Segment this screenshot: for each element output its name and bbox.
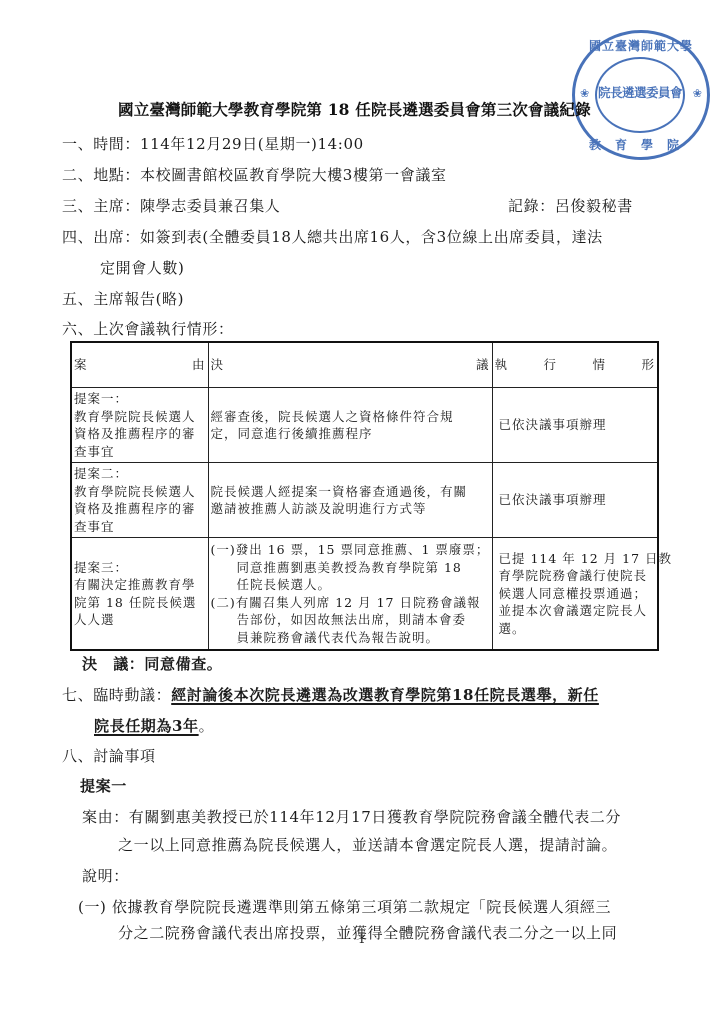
page-number: 1 bbox=[358, 932, 366, 946]
discussion-heading: 八、討論事項 bbox=[62, 745, 156, 766]
document-title: 國立臺灣師範大學教育學院第 18 任院長遴選委員會第三次會議紀錄 bbox=[118, 98, 591, 120]
stamp-ring-bottom-text: 教育學院 bbox=[575, 136, 707, 153]
extempore-motion-cont: 院長任期為3年。 bbox=[94, 715, 214, 736]
table-header-row: 案 由 決 議 執 行 情 形 bbox=[71, 342, 658, 388]
chair-report: 五、主席報告(略) bbox=[62, 288, 184, 309]
resolution-cell: (一)發出 16 票，15 票同意推薦、1 票廢票； 同意推薦劉惠美教授為教育學… bbox=[208, 538, 492, 651]
extempore-text-line1: 經討論後本次院長遴選為改選教育學院第18任院長選舉，新任 bbox=[171, 686, 599, 704]
execution-cell: 已依決議事項辦理 bbox=[492, 388, 658, 463]
explanation-item1-line2: 分之二院務會議代表出席投票，並獲得全體院務會議代表二分之一以上同 bbox=[118, 922, 617, 943]
flower-icon: ❀ bbox=[693, 87, 702, 100]
official-seal-stamp: 國立臺灣師範大學 院長遴選委員會 ❀ ❀ 教育學院 bbox=[572, 30, 710, 160]
table-row: 提案二： 教育學院院長候選人 資格及推薦程序的審 查事宜 院長候選人經提案一資格… bbox=[71, 463, 658, 538]
resolution-noted: 決 議：同意備查。 bbox=[82, 653, 222, 674]
header-resolution: 決 議 bbox=[208, 342, 492, 388]
resolution-cell: 院長候選人經提案一資格審查通過後，有關 邀請被推薦人訪談及說明進行方式等 bbox=[208, 463, 492, 538]
stamp-inner-ring: 院長遴選委員會 bbox=[595, 57, 685, 133]
stamp-ring-top-text: 國立臺灣師範大學 bbox=[575, 37, 707, 54]
case-cell: 提案二： 教育學院院長候選人 資格及推薦程序的審 查事宜 bbox=[71, 463, 208, 538]
previous-execution-heading: 六、上次會議執行情形： bbox=[62, 318, 234, 339]
meeting-chair: 三、主席：陳學志委員兼召集人 bbox=[62, 195, 280, 216]
table-row: 提案一： 教育學院院長候選人 資格及推薦程序的審 查事宜 經審查後，院長候選人之… bbox=[71, 388, 658, 463]
meeting-place: 二、地點：本校圖書館校區教育學院大樓3樓第一會議室 bbox=[62, 164, 447, 185]
proposal-reason-line1: 案由：有關劉惠美教授已於114年12月17日獲教育學院院務會議全體代表二分 bbox=[82, 806, 621, 827]
execution-cell: 已提 114 年 12 月 17 日教 育學院院務會議行使院長 候選人同意權投票… bbox=[492, 538, 658, 651]
proposal-reason-line2: 之一以上同意推薦為院長候選人，並送請本會選定院長人選，提請討論。 bbox=[118, 834, 617, 855]
header-execution: 執 行 情 形 bbox=[492, 342, 658, 388]
stamp-center-text: 院長遴選委員會 bbox=[597, 83, 683, 101]
proposal-title: 提案一 bbox=[80, 775, 127, 796]
explanation-label: 說明： bbox=[82, 865, 129, 886]
case-cell: 提案三： 有關決定推薦教育學 院第 18 任院長候選 人人選 bbox=[71, 538, 208, 651]
meeting-attendance-line1: 四、出席：如簽到表(全體委員18人總共出席16人，含3位線上出席委員，達法 bbox=[62, 226, 603, 247]
explanation-item1-line1: (一) 依據教育學院院長遴選準則第五條第三項第二款規定「院長候選人須經三 bbox=[78, 896, 611, 917]
resolution-cell: 經審查後，院長候選人之資格條件符合規 定，同意進行後續推薦程序 bbox=[208, 388, 492, 463]
extempore-motion: 七、臨時動議：經討論後本次院長遴選為改選教育學院第18任院長選舉，新任 bbox=[62, 684, 599, 705]
extempore-text-line2: 院長任期為3年 bbox=[94, 717, 199, 735]
header-case: 案 由 bbox=[71, 342, 208, 388]
extempore-label: 七、臨時動議： bbox=[62, 686, 171, 704]
meeting-time: 一、時間：114年12月29日(星期一)14:00 bbox=[62, 133, 364, 154]
case-cell: 提案一： 教育學院院長候選人 資格及推薦程序的審 查事宜 bbox=[71, 388, 208, 463]
execution-cell: 已依決議事項辦理 bbox=[492, 463, 658, 538]
meeting-attendance-line2: 定開會人數) bbox=[100, 257, 184, 278]
previous-meeting-execution-table: 案 由 決 議 執 行 情 形 提案一： 教育學院院長候選人 資格及推薦程序的審… bbox=[70, 341, 659, 651]
meeting-recorder: 記錄：呂俊毅秘書 bbox=[508, 195, 633, 216]
table-row: 提案三： 有關決定推薦教育學 院第 18 任院長候選 人人選 (一)發出 16 … bbox=[71, 538, 658, 651]
